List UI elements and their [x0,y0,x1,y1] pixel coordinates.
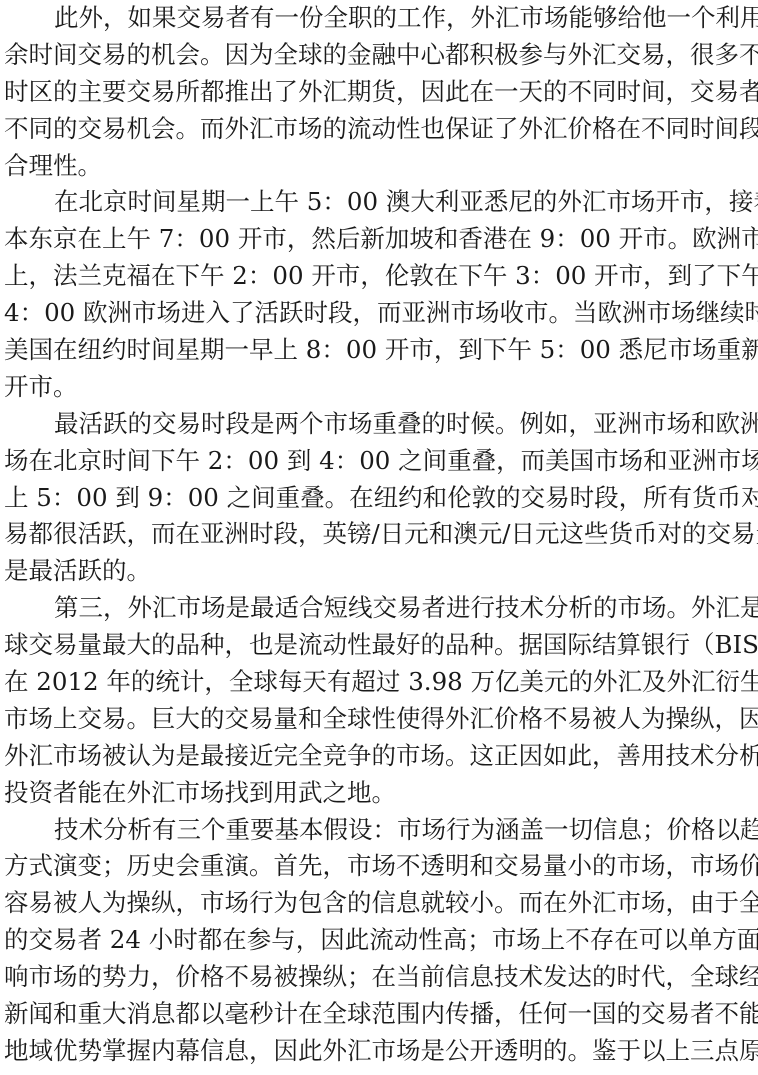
text-line: 易都很活跃，而在亚洲时段，英镑/日元和澳元/日元这些货币对的交易量 [4,516,756,553]
paragraph-three-assumptions: 技术分析有三个重要基本假设：市场行为涵盖一切信息；价格以趋势 方式演变；历史会重… [4,812,756,1070]
text-line: 新闻和重大消息都以毫秒计在全球范围内传播，任何一国的交易者不能凭 [4,996,756,1033]
text-line: 第三，外汇市场是最适合短线交易者进行技术分析的市场。外汇是全 [4,590,756,627]
paragraph-part-time-trading: 此外，如果交易者有一份全职的工作，外汇市场能够给他一个利用业 余时间交易的机会。… [4,0,756,184]
text-line: 外汇市场被认为是最接近完全竞争的市场。这正因如此，善用技术分析的 [4,738,756,775]
text-line: 场在北京时间下午 2：00 到 4：00 之间重叠，而美国市场和亚洲市场在早 [4,443,756,480]
text-line: 市场上交易。巨大的交易量和全球性使得外汇价格不易被人为操纵，因此 [4,701,756,738]
text-line: 响市场的势力，价格不易被操纵；在当前信息技术发达的时代，全球经济 [4,959,756,996]
text-line: 在北京时间星期一上午 5：00 澳大利亚悉尼的外汇市场开市，接着日 [4,184,756,221]
text-line: 合理性。 [4,148,756,185]
text-line: 的交易者 24 小时都在参与，因此流动性高；市场上不存在可以单方面影 [4,922,756,959]
text-line: 美国在纽约时间星期一早上 8：00 开市，到下午 5：00 悉尼市场重新 [4,332,756,369]
text-line: 投资者能在外汇市场找到用武之地。 [4,775,756,812]
text-line: 容易被人为操纵，市场行为包含的信息就较小。而在外汇市场，由于全球 [4,885,756,922]
text-line: 不同的交易机会。而外汇市场的流动性也保证了外汇价格在不同时间段的 [4,111,756,148]
text-line: 余时间交易的机会。因为全球的金融中心都积极参与外汇交易，很多不同 [4,37,756,74]
text-line: 是最活跃的。 [4,553,756,590]
text-line: 地域优势掌握内幕信息，因此外汇市场是公开透明的。鉴于以上三点原 [4,1033,756,1070]
text-line: 球交易量最大的品种，也是流动性最好的品种。据国际结算银行（BIS） [4,627,756,664]
text-line: 上 5：00 到 9：00 之间重叠。在纽约和伦敦的交易时段，所有货币对的交 [4,480,756,517]
paragraph-technical-analysis-market: 第三，外汇市场是最适合短线交易者进行技术分析的市场。外汇是全 球交易量最大的品种… [4,590,756,811]
text-line: 上，法兰克福在下午 2：00 开市，伦敦在下午 3：00 开市，到了下午 [4,258,756,295]
text-line: 在 2012 年的统计，全球每天有超过 3.98 万亿美元的外汇及外汇衍生品在 [4,664,756,701]
text-line: 本东京在上午 7：00 开市，然后新加坡和香港在 9：00 开市。欧洲市场 [4,221,756,258]
text-line: 方式演变；历史会重演。首先，市场不透明和交易量小的市场，市场价格 [4,848,756,885]
paragraph-market-hours: 在北京时间星期一上午 5：00 澳大利亚悉尼的外汇市场开市，接着日 本东京在上午… [4,184,756,405]
text-line: 开市。 [4,369,756,406]
document-page: 此外，如果交易者有一份全职的工作，外汇市场能够给他一个利用业 余时间交易的机会。… [4,0,756,1070]
text-line: 4：00 欧洲市场进入了活跃时段，而亚洲市场收市。当欧洲市场继续时， [4,295,756,332]
text-line: 此外，如果交易者有一份全职的工作，外汇市场能够给他一个利用业 [4,0,756,37]
text-line: 时区的主要交易所都推出了外汇期货，因此在一天的不同时间，交易者有 [4,74,756,111]
text-line: 技术分析有三个重要基本假设：市场行为涵盖一切信息；价格以趋势 [4,812,756,849]
text-line: 最活跃的交易时段是两个市场重叠的时候。例如，亚洲市场和欧洲市 [4,406,756,443]
paragraph-overlap-sessions: 最活跃的交易时段是两个市场重叠的时候。例如，亚洲市场和欧洲市 场在北京时间下午 … [4,406,756,590]
